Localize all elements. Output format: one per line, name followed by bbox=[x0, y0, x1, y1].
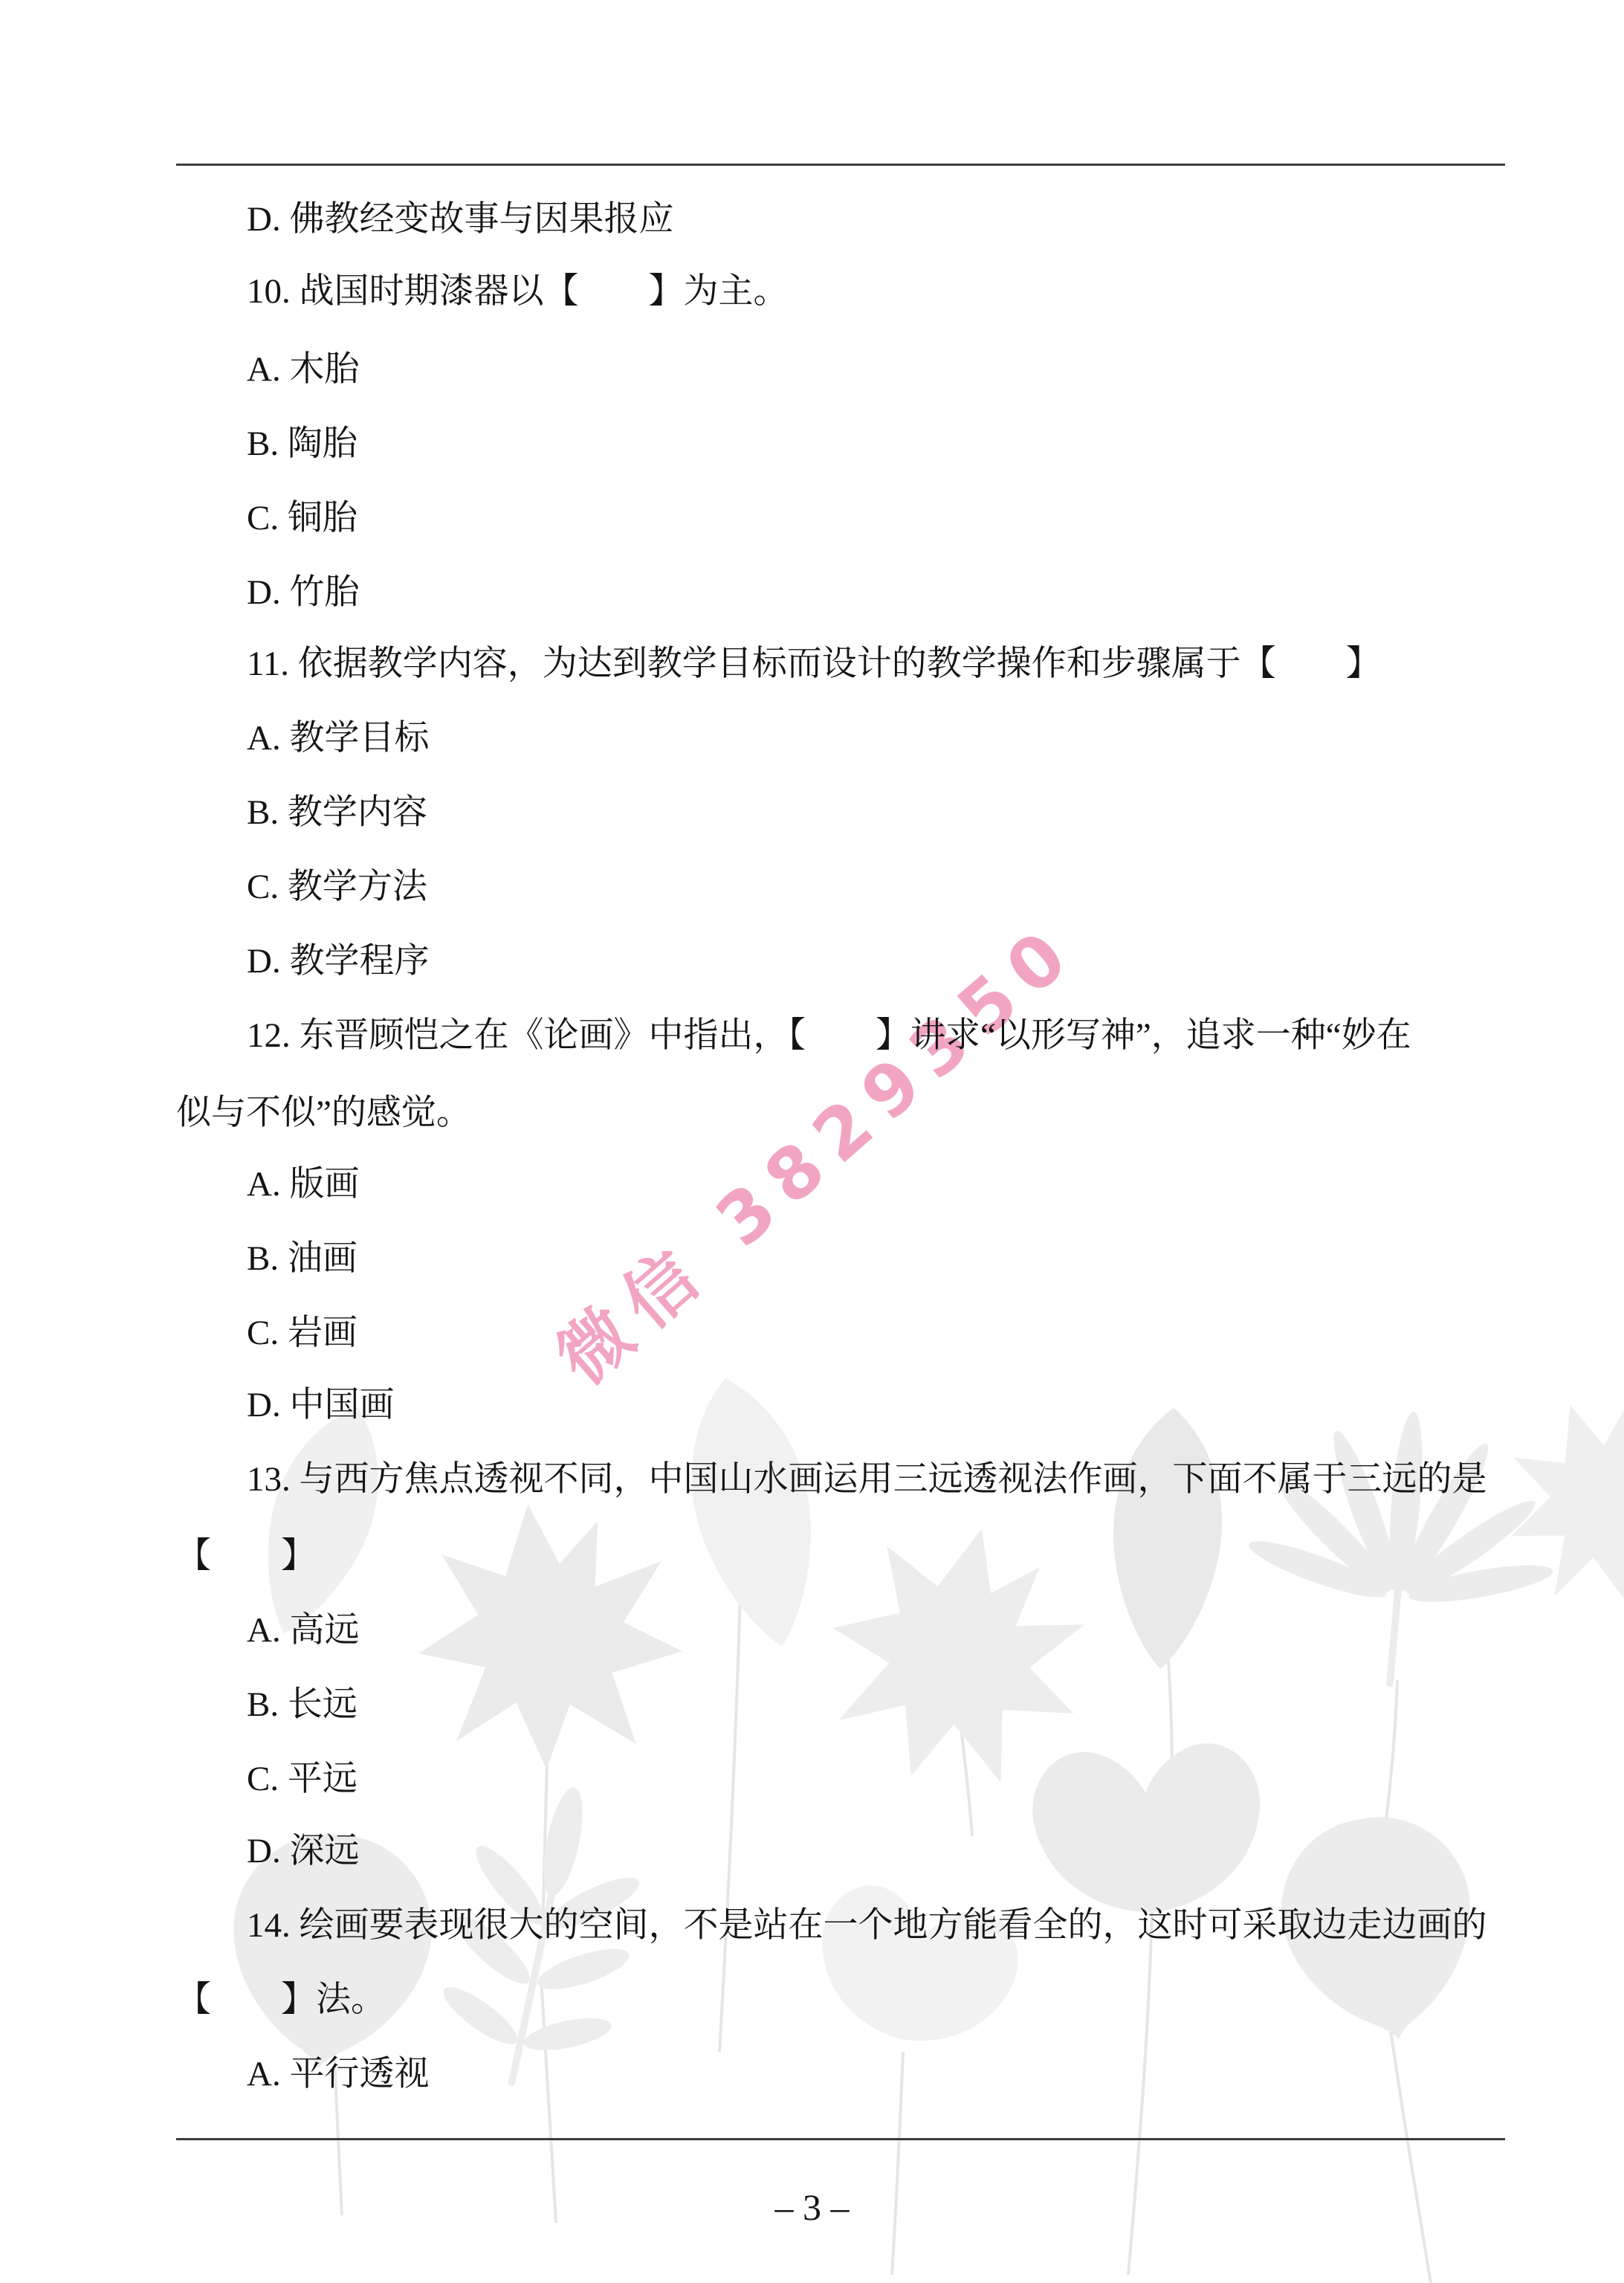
option-13-a: A. 高远 bbox=[247, 1593, 359, 1667]
option-11-b: B. 教学内容 bbox=[247, 775, 427, 850]
page-number: – 3 – bbox=[0, 2186, 1624, 2229]
option-13-c: C. 平远 bbox=[247, 1742, 358, 1816]
leaf-icon bbox=[400, 1486, 696, 1785]
header-rule bbox=[176, 164, 1505, 166]
option-10-c: C. 铜胎 bbox=[247, 481, 358, 555]
option-13-b: B. 长远 bbox=[247, 1667, 358, 1742]
question-14-text: 14. 绘画要表现很大的空间，不是站在一个地方能看全的，这时可采取边走边画的 bbox=[247, 1888, 1487, 1963]
question-11-text: 11. 依据教学内容，为达到教学目标而设计的教学操作和步骤属于【 】 bbox=[247, 627, 1381, 701]
option-12-b: B. 油画 bbox=[247, 1221, 358, 1296]
question-10-text: 10. 战国时期漆器以【 】为主。 bbox=[247, 254, 789, 329]
option-11-c: C. 教学方法 bbox=[247, 850, 427, 924]
question-14-continuation: 【 】法。 bbox=[176, 1963, 386, 2037]
option-11-a: A. 教学目标 bbox=[247, 701, 429, 775]
question-12-text: 12. 东晋顾恺之在《论画》中指出，【 】讲求“以形写神”，追求一种“妙在 bbox=[247, 998, 1411, 1073]
footer-rule bbox=[176, 2138, 1505, 2140]
option-10-d: D. 竹胎 bbox=[247, 555, 359, 630]
option-12-d: D. 中国画 bbox=[247, 1368, 394, 1442]
option-12-c: C. 岩画 bbox=[247, 1296, 358, 1370]
option-9-d: D. 佛教经变故事与因果报应 bbox=[247, 182, 673, 256]
question-13-continuation: 【 】 bbox=[176, 1519, 316, 1593]
question-13-text: 13. 与西方焦点透视不同，中国山水画运用三远透视法作画，下面不属于三远的是 bbox=[247, 1442, 1487, 1517]
exam-page: 微信 3829350 D. 佛教经变故事与因果报应 10. 战国时期漆器以【 】… bbox=[0, 0, 1624, 2283]
option-14-a: A. 平行透视 bbox=[247, 2037, 429, 2111]
question-12-continuation: 似与不似”的感觉。 bbox=[176, 1076, 471, 1150]
option-13-d: D. 深远 bbox=[247, 1814, 359, 1888]
option-10-a: A. 木胎 bbox=[247, 332, 359, 407]
option-11-d: D. 教学程序 bbox=[247, 924, 429, 998]
option-10-b: B. 陶胎 bbox=[247, 407, 358, 481]
option-12-a: A. 版画 bbox=[247, 1147, 359, 1221]
